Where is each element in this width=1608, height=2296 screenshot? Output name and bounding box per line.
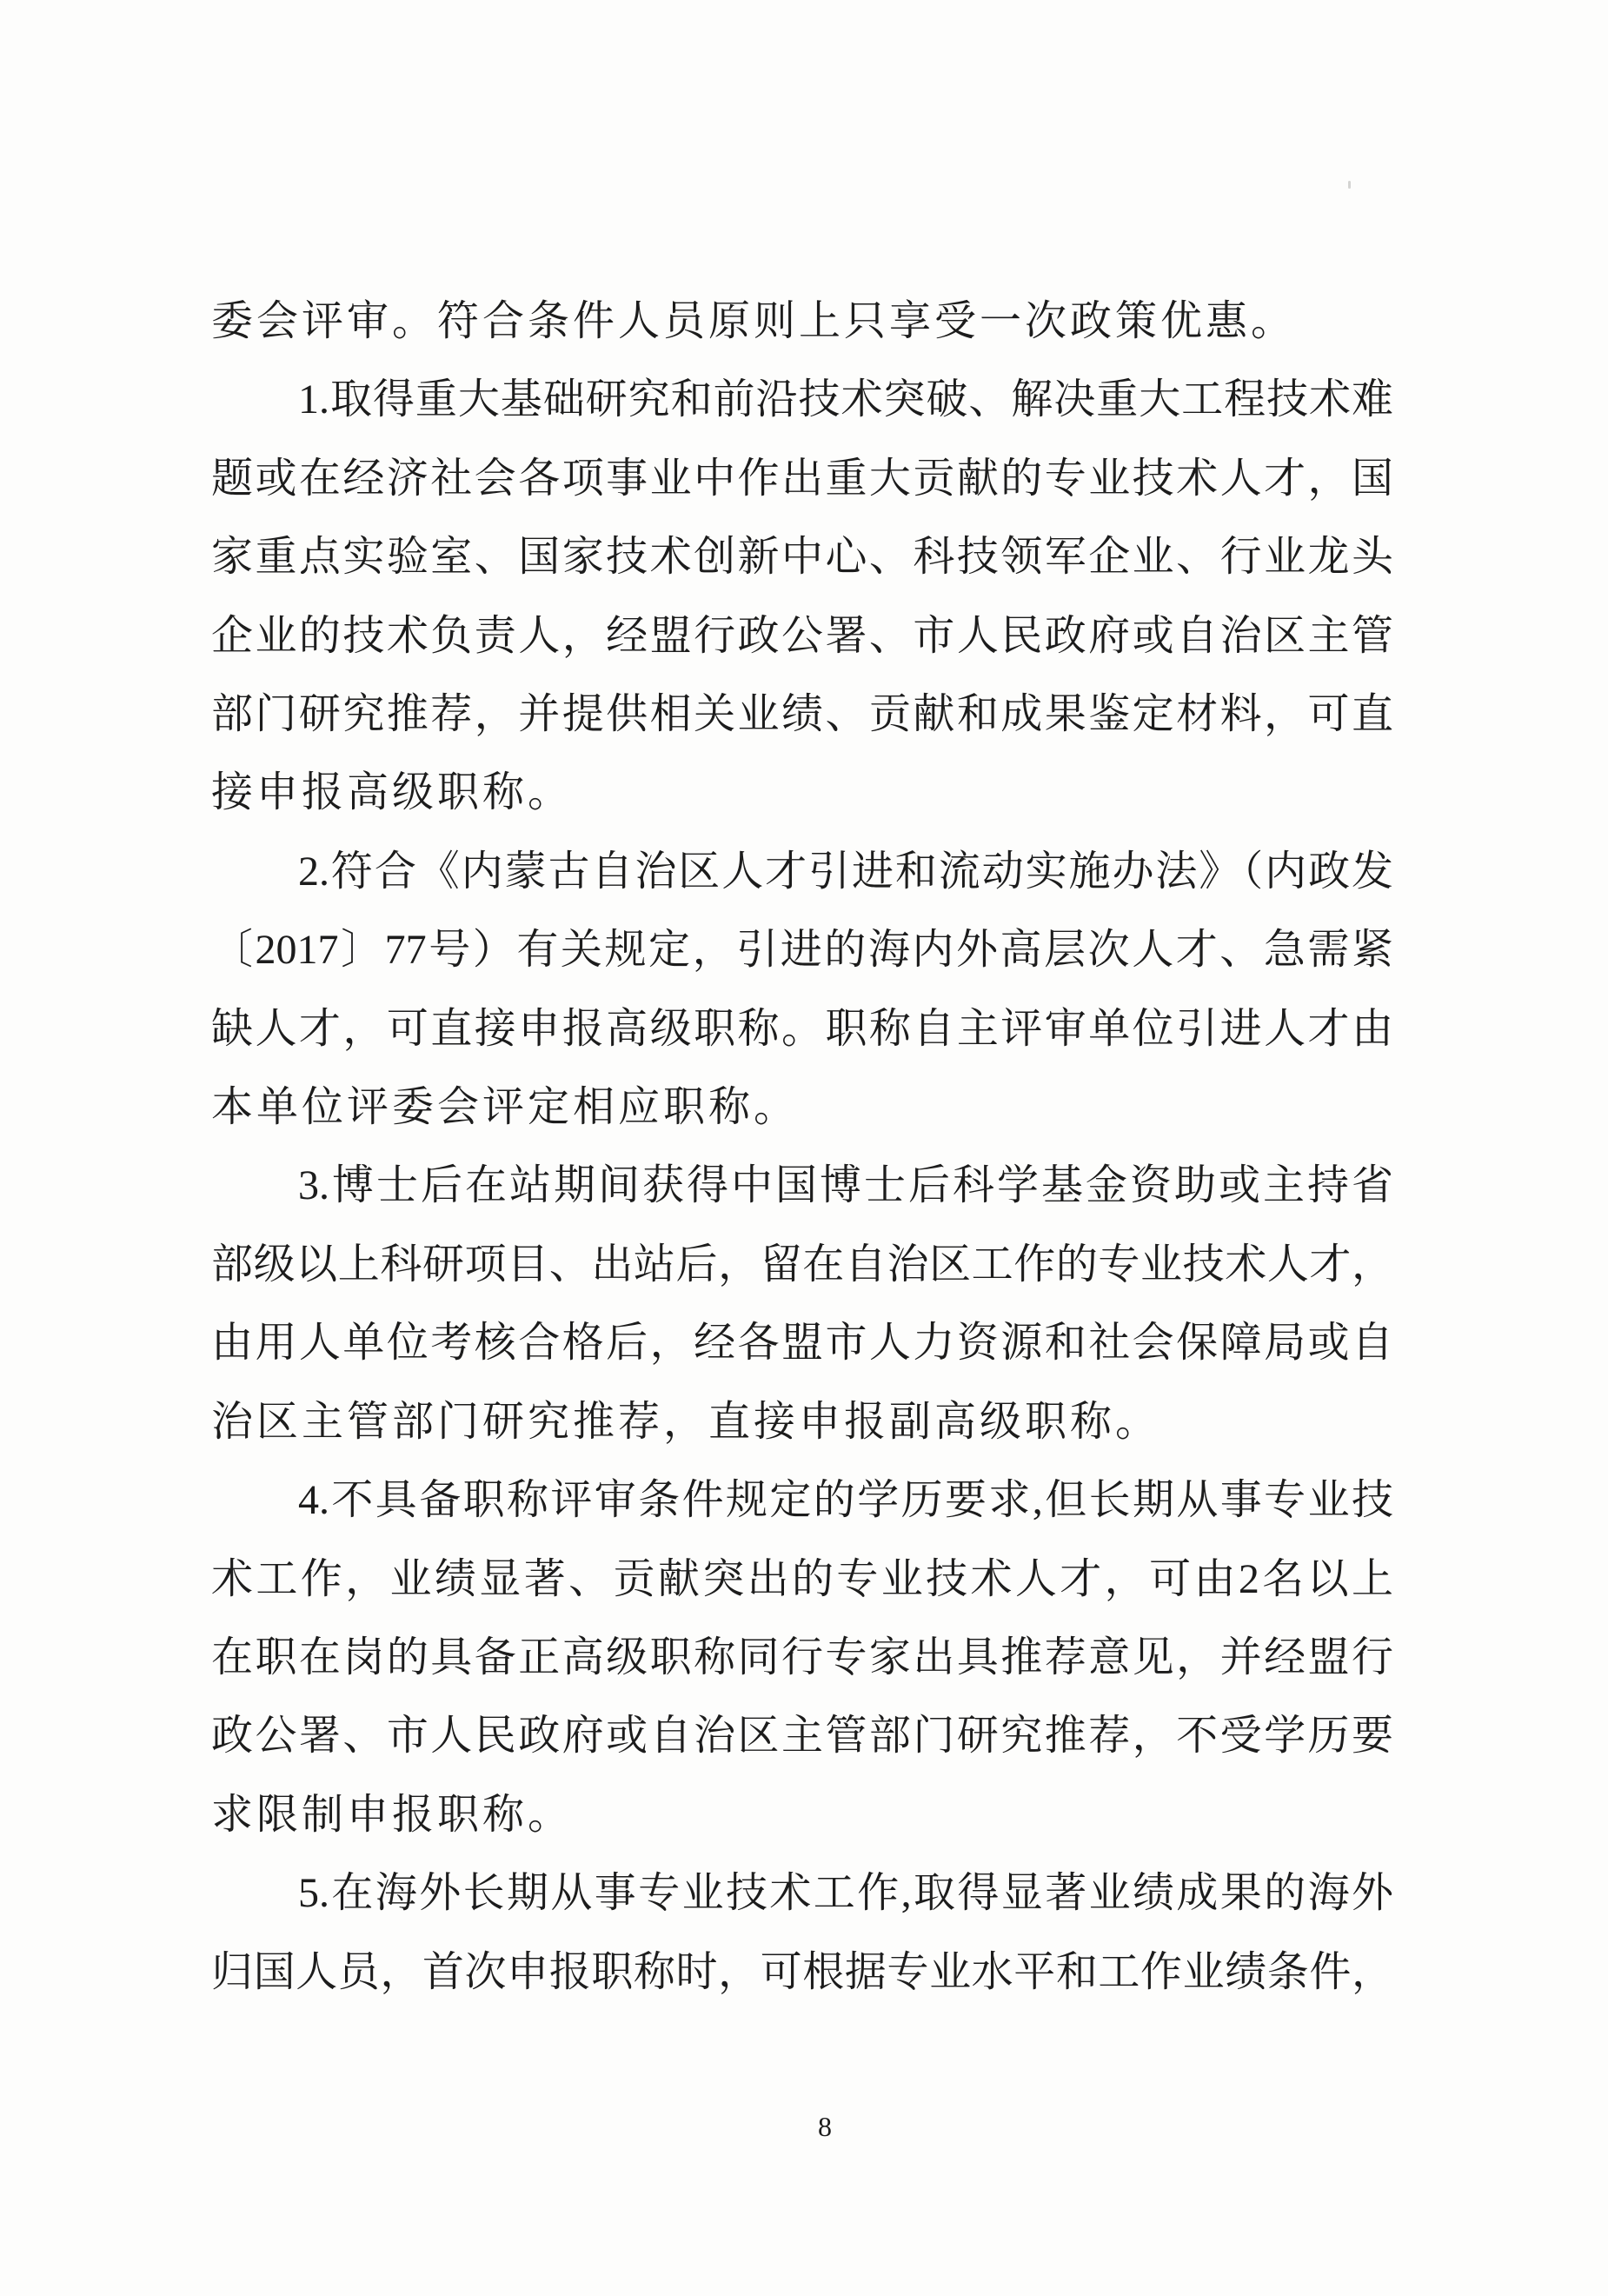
text-line: 本单位评委会评定相应职称。 (211, 1068, 1393, 1147)
text-line: 2.符合《内蒙古自治区人才引进和流动实施办法》（内政发 (211, 833, 1393, 911)
text-line: 求限制申报职称。 (211, 1776, 1393, 1854)
text-block: 委会评审。符合条件人员原则上只享受一次政策优惠。1.取得重大基础研究和前沿技术突… (211, 283, 1393, 2012)
text-line: 家重点实验室、国家技术创新中心、科技领军企业、行业龙头 (211, 518, 1393, 596)
text-line: 〔2017〕77号）有关规定，引进的海内外高层次人才、急需紧 (211, 911, 1393, 989)
page-number: 8 (0, 2109, 1608, 2144)
text-line: 治区主管部门研究推荐，直接申报副高级职称。 (211, 1383, 1393, 1461)
text-line: 3.博士后在站期间获得中国博士后科学基金资助或主持省 (211, 1147, 1393, 1225)
text-line: 术工作，业绩显著、贡献突出的专业技术人才，可由2名以上 (211, 1541, 1393, 1619)
document-page: 委会评审。符合条件人员原则上只享受一次政策优惠。1.取得重大基础研究和前沿技术突… (0, 0, 1608, 2296)
text-line: 1.取得重大基础研究和前沿技术突破、解决重大工程技术难 (211, 361, 1393, 439)
text-line: 企业的技术负责人，经盟行政公署、市人民政府或自治区主管 (211, 597, 1393, 675)
text-line: 在职在岗的具备正高级职称同行专家出具推荐意见，并经盟行 (211, 1619, 1393, 1697)
text-line: 接申报高级职称。 (211, 754, 1393, 832)
text-line: 缺人才，可直接申报高级职称。职称自主评审单位引进人才由 (211, 990, 1393, 1068)
text-line: 部门研究推荐，并提供相关业绩、贡献和成果鉴定材料，可直 (211, 675, 1393, 754)
text-line: 题或在经济社会各项事业中作出重大贡献的专业技术人才，国 (211, 440, 1393, 518)
scan-speck (1348, 181, 1351, 189)
text-line: 部级以上科研项目、出站后，留在自治区工作的专业技术人才， (211, 1226, 1393, 1304)
text-line: 4.不具备职称评审条件规定的学历要求,但长期从事专业技 (211, 1461, 1393, 1540)
text-line: 5.在海外长期从事专业技术工作,取得显著业绩成果的海外 (211, 1854, 1393, 1933)
text-line: 归国人员，首次申报职称时，可根据专业水平和工作业绩条件， (211, 1933, 1393, 2012)
text-line: 政公署、市人民政府或自治区主管部门研究推荐，不受学历要 (211, 1697, 1393, 1775)
text-line: 由用人单位考核合格后，经各盟市人力资源和社会保障局或自 (211, 1304, 1393, 1382)
text-line: 委会评审。符合条件人员原则上只享受一次政策优惠。 (211, 283, 1393, 361)
